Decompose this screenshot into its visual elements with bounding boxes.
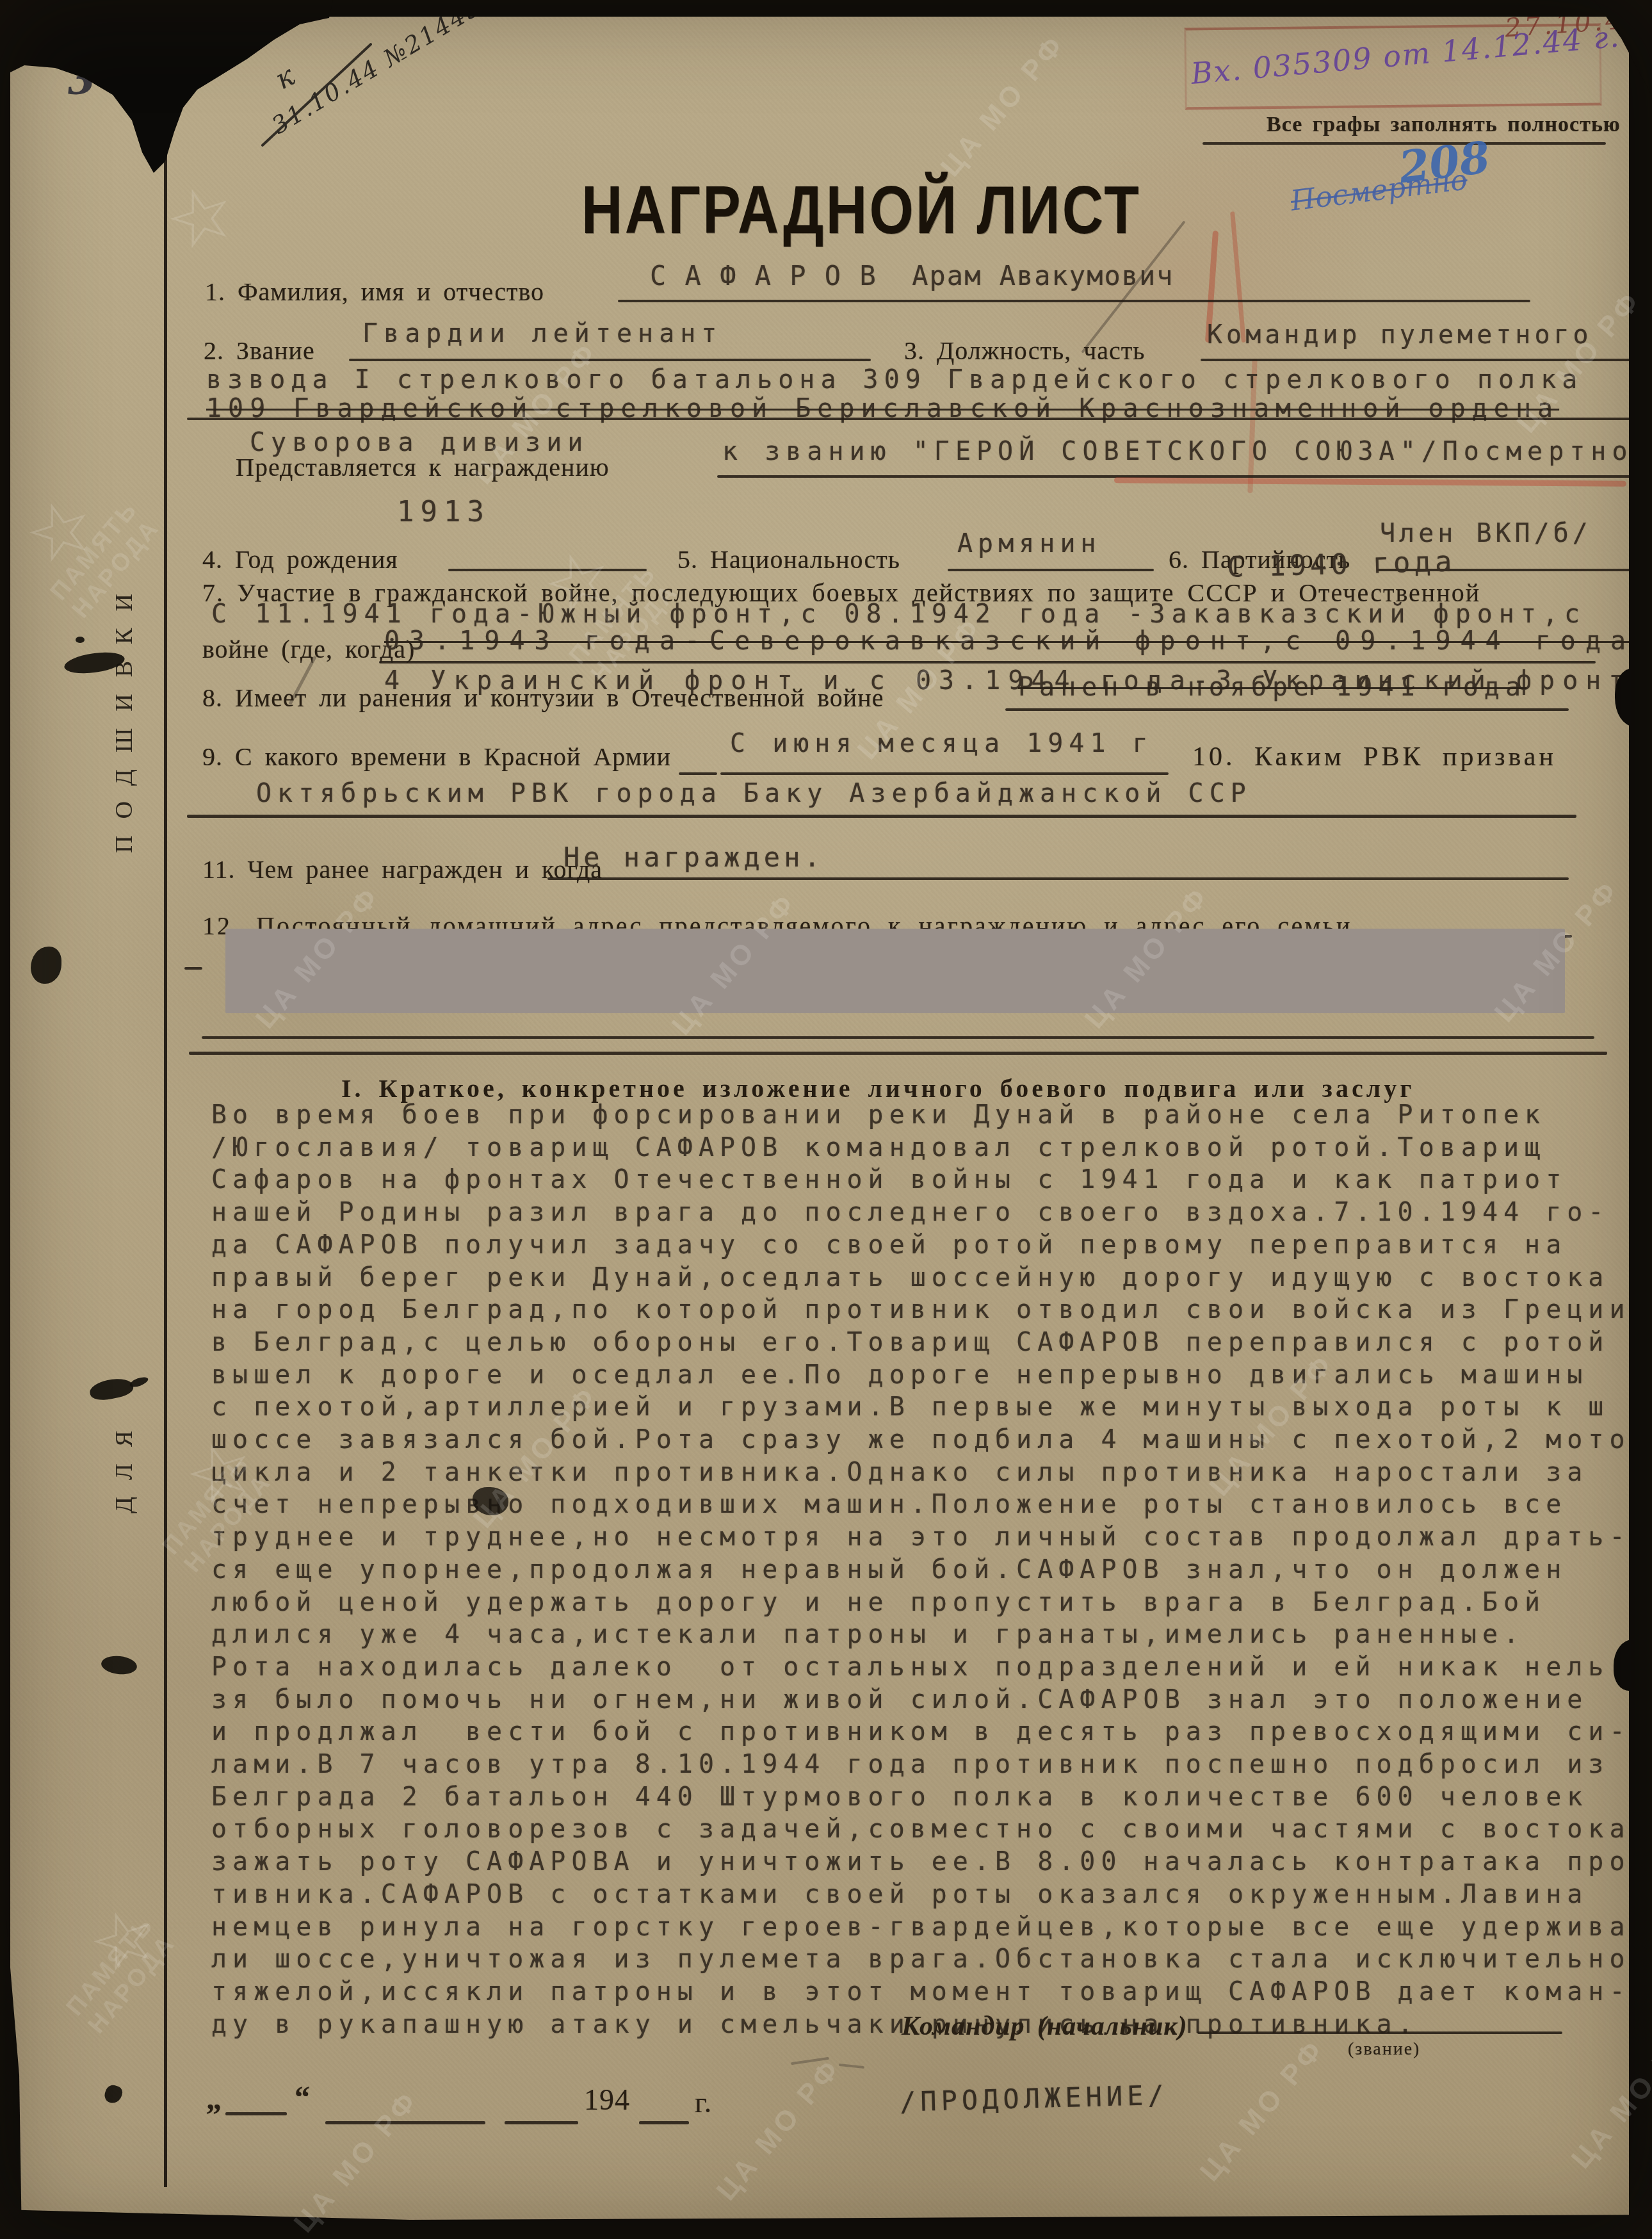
body-line: Белграда 2 батальон 440 Штурмового полка…: [211, 1781, 1652, 1814]
page-number-stamp: 343: [65, 48, 170, 104]
field-6-value-2: С 1940 года: [1226, 545, 1456, 583]
field-1-label: 1. Фамилия, имя и отчество: [205, 277, 544, 307]
field-3-line: [1201, 359, 1652, 361]
star-watermark-icon: ☆: [13, 478, 106, 584]
field-9-short-line: [679, 772, 717, 775]
field-12-short-line: [1444, 935, 1572, 938]
dispatch-k-letter: к: [270, 60, 300, 96]
watermark-archive: ЦА МО РФ: [852, 611, 989, 766]
body-line: любой ценой удержать дорогу и не пропуст…: [211, 1586, 1652, 1619]
fill-instruction: Все графы заполнять полностью: [1267, 113, 1621, 137]
body-line: отборных головорезов с задачей,совместно…: [211, 1813, 1652, 1846]
grey-pencil-stroke: [1081, 220, 1185, 353]
paper-texture: [0, 0, 1652, 2239]
watermark-memory: ПАМЯТЬНАРОДА: [45, 496, 165, 624]
redaction-box: [225, 929, 1565, 1013]
watermark-archive: ЦА МО РФ: [935, 28, 1072, 183]
field-7-label: 7. Участие в гражданской войне, последую…: [202, 578, 1480, 608]
field-5-label: 5. Национальность: [677, 544, 900, 574]
body-line: тяжелой,иссякли патроны и в этот момент …: [211, 1976, 1652, 2008]
date-dash: [225, 2112, 287, 2115]
date-year-suffix: г.: [695, 2085, 712, 2119]
red-pencil-stroke: [1230, 211, 1246, 343]
field-6-value: Член ВКП/б/: [1380, 519, 1592, 548]
body-line: нашей Родины разил врага до последнего с…: [211, 1196, 1652, 1229]
field-2-label: 2. Звание: [204, 336, 315, 366]
field-3-continuation-3: Суворова дивизии: [250, 428, 588, 457]
field-8-value: Ранен в ноябре 1941 года: [1018, 672, 1526, 702]
presented-for-value: к званию "ГЕРОЙ СОВЕТСКОГО СОЮЗА"/Посмер…: [722, 437, 1652, 466]
body-line: /Югославия/ товарищ САФАРОВ командовал с…: [211, 1132, 1652, 1164]
watermark-layer: ЦА МО РФЦА МО РФЦА МО РФЦА МО РФЦА МО РФ…: [0, 0, 1652, 2239]
body-line: длился уже 4 часа,истекали патроны и гра…: [211, 1618, 1652, 1651]
field-11-line: [547, 877, 1569, 880]
red-pencil-stroke: [1205, 231, 1219, 343]
body-line: с пехотой,артиллерией и грузами.В первые…: [211, 1391, 1652, 1424]
star-watermark-icon: ☆: [174, 1420, 266, 1526]
torn-edge-right-corner: [1594, 0, 1652, 96]
margin-vertical-text-upper: ПОДШИВКИ: [110, 558, 138, 853]
divider-rule-2: [189, 1052, 1607, 1055]
watermark-archive: ЦА МО РФ: [1079, 880, 1216, 1035]
watermark-archive: ЦА МО РФ: [1204, 1347, 1341, 1502]
ink-blob: [88, 1375, 135, 1403]
torn-edge-top-blob: [0, 0, 333, 186]
field-3-rule: [187, 418, 1652, 420]
watermark-memory: ПАМЯТЬНАРОДА: [157, 1450, 277, 1579]
presented-for-line: [717, 475, 1652, 478]
body-line: вышел к дороге и оседлал ее.По дороге не…: [211, 1359, 1652, 1392]
inbox-stamp-box: [1184, 24, 1601, 110]
field-7-label-2: войне (где, когда): [202, 634, 415, 664]
margin-vertical-text-lower: ДЛЯ: [110, 1401, 138, 1513]
field-3-value: Командир пулеметного: [1207, 320, 1592, 350]
paper-hole: [31, 947, 61, 984]
body-line: ли шоссе,уничтожая из пулемета врага.Обс…: [211, 1943, 1652, 1976]
inbox-stamp-text: Вх. 035309 от 14.12.44 г.: [1190, 19, 1622, 90]
body-line: да САФАРОВ получил задачу со своей ротой…: [211, 1229, 1652, 1262]
field-4-label: 4. Год рождения: [202, 544, 398, 574]
star-watermark-icon: ☆: [532, 530, 625, 635]
fill-instruction-underline: [1203, 142, 1606, 145]
field-2-line: [349, 359, 871, 361]
field-11-value: Не награжден.: [563, 842, 824, 873]
field-3-continuation-1: взвода I стрелкового батальона 309 Гвард…: [206, 365, 1583, 395]
body-line: Сафаров на фронтах Отечественной войны с…: [211, 1164, 1652, 1196]
body-line: шоссе завязался бой.Рота сразу же подбил…: [211, 1424, 1652, 1456]
field-4-line: [448, 569, 647, 571]
watermark-archive: ЦА МО РФ: [711, 2052, 848, 2207]
field-8-label: 8. Имеет ли ранения и контузии в Отечест…: [202, 683, 884, 713]
star-watermark-icon: ☆: [154, 165, 247, 270]
red-pencil-underline: [1114, 477, 1626, 487]
body-line: лами.В 7 часов утра 8.10.1944 года проти…: [211, 1748, 1652, 1781]
rank-caption: (звание): [1348, 2039, 1420, 2060]
date-line-3: [639, 2121, 689, 2124]
body-line: немцев ринула на горстку героев-гвардейц…: [211, 1911, 1652, 1944]
date-year-prefix: 194: [584, 2083, 630, 2117]
watermark-archive: ЦА МО РФ: [467, 336, 604, 491]
dispatch-note: 31.10.44 №21443: [267, 0, 487, 140]
field-1-line: [618, 300, 1530, 302]
grey-pencil-mark: [791, 2057, 829, 2065]
ink-blob: [76, 637, 85, 643]
watermark-archive: ЦА МО РФ: [288, 2084, 425, 2239]
watermark-memory: ПАМЯТЬНАРОДА: [61, 1911, 181, 2040]
grey-pencil-mark: [839, 2064, 864, 2069]
divider-rule-1: [202, 1036, 1594, 1039]
document-title: НАГРАДНОЙ ЛИСТ: [581, 172, 1141, 249]
watermark-archive: ЦА МО РФ: [666, 886, 803, 1041]
body-line: Рота находилась далеко от остальных подр…: [211, 1651, 1652, 1684]
field-9-line: [720, 772, 1169, 775]
grey-pencil-check: [288, 656, 316, 705]
award-sheet-document: 343 к 31.10.44 №21443 27.10.44 Вх. 03530…: [0, 0, 1652, 2239]
commander-line: [1197, 2031, 1562, 2034]
torn-edge-bottom: [0, 2206, 1652, 2239]
commander-label: Командир (начальник): [902, 2011, 1188, 2042]
field-11-label: 11. Чем ранее награжден и когда: [202, 854, 603, 884]
torn-edge-left: [0, 0, 10, 2239]
body-line: правый берег реки Дунай,оседлать шоссейн…: [211, 1262, 1652, 1294]
watermark-archive: ЦА МО РФ: [1566, 2020, 1652, 2175]
field-5-value: Армянин: [957, 529, 1101, 558]
body-line: зажать роту САФАРОВА и уничтожить ее.В 8…: [211, 1846, 1652, 1878]
field-7-value-1: С 11.1941 года-Южный фронт,с 08.1942 год…: [211, 599, 1586, 629]
scan-vignette: [0, 0, 1652, 2239]
ink-blob: [101, 1654, 138, 1676]
field-7-line: [379, 661, 1596, 664]
body-line: Во время боев при форсировании реки Дуна…: [211, 1099, 1652, 1132]
field-12-dash: [184, 967, 202, 970]
field-10-label: 10. Каким РВК призван: [1192, 742, 1557, 772]
presented-for-label: Представляется к награждению: [236, 452, 610, 482]
field-12-label: 12. Постоянный домашний адрес представля…: [202, 911, 1352, 941]
field-7-value-3: 4 Украинский фронт и с 03.1944 года-3 Ук…: [384, 666, 1632, 696]
field-6-label: 6. Партийность: [1169, 544, 1350, 574]
date-open-quote: „: [206, 2081, 222, 2117]
watermark-memory: ПАМЯТЬНАРОДА: [563, 560, 684, 688]
watermark-archive: ЦА МО РФ: [467, 1380, 604, 1535]
field-3-continuation-2: 109 Гвардейской стрелковой Бериславской …: [206, 394, 1559, 423]
watermark-archive: ЦА МО РФ: [1511, 284, 1648, 439]
body-line: на город Белград,по которой противник от…: [211, 1294, 1652, 1326]
field-3-label: 3. Должность, часть: [904, 336, 1146, 366]
field-7-value-2: 03.1943 года-Северокавказский фронт,с 09…: [384, 626, 1635, 656]
field-8-line: [1005, 708, 1569, 711]
ink-blob: [102, 2083, 124, 2105]
field-2-value: Гвардии лейтенант: [362, 319, 722, 348]
body-line: ся еще упорнее,продолжая неравный бой.СА…: [211, 1554, 1652, 1586]
field-9-value: С июня месяца 1941 г: [730, 729, 1154, 758]
date-close-quote: “: [295, 2080, 311, 2115]
body-line: счет непрерывно подходивших машин.Положе…: [211, 1488, 1652, 1521]
posthumous-note: Посмертно: [1289, 163, 1470, 217]
ink-blob: [129, 1375, 149, 1389]
date-line-2: [505, 2121, 578, 2124]
body-line: тивника.САФАРОВ с остатками своей роты о…: [211, 1878, 1652, 1911]
body-line: в Белград,с целью обороны его.Товарищ СА…: [211, 1326, 1652, 1359]
torn-edge-right-notch: [1615, 669, 1652, 726]
red-pencil-stroke: [1247, 359, 1257, 493]
dispatch-slash-line: [261, 42, 373, 147]
torn-edge-top: [0, 0, 1652, 17]
date-line-1: [325, 2121, 485, 2124]
torn-edge-left-lower: [0, 1921, 22, 2239]
field-5-line: [948, 569, 1154, 571]
star-watermark-icon: ☆: [77, 1887, 170, 1993]
watermark-archive: ЦА МО РФ: [1489, 874, 1626, 1029]
torn-edge-right-notch: [1614, 1640, 1652, 1691]
torn-edge-right: [1629, 0, 1652, 2239]
body-line: и продлжал вести бой с противником в дес…: [211, 1716, 1652, 1748]
field-10-value: Октябрьским РВК города Баку Азербайджанс…: [256, 779, 1252, 808]
body-line: ду в рукапашную атаку и смельчаки ринули…: [211, 2008, 1652, 2041]
field-1-value: С А Ф А Р О В Арам Авакумович: [650, 260, 1174, 291]
body-text: Во время боев при форсировании реки Дуна…: [211, 1099, 1652, 2040]
received-date-note: 27.10.44: [1504, 4, 1646, 43]
field-6-line: [1377, 569, 1652, 571]
case-number-blue: 208: [1397, 132, 1493, 194]
field-4-value: 1913: [397, 496, 490, 528]
field-9-label: 9. С какого времени в Красной Армии: [202, 742, 671, 772]
award-section-heading: I. Краткое, конкретное изложение личного…: [341, 1073, 1414, 1103]
watermark-archive: ЦА МО РФ: [250, 880, 387, 1035]
body-line: труднее и труднее,но несмотря на это лич…: [211, 1521, 1652, 1554]
ink-blob: [473, 1487, 508, 1515]
continuation-note: /ПРОДОЛЖЕНИЕ/: [899, 2080, 1169, 2118]
ink-blob: [63, 649, 126, 677]
body-line: цикла и 2 танкетки противника.Однако сил…: [211, 1456, 1652, 1489]
watermark-archive: ЦА МО РФ: [1194, 2033, 1331, 2188]
body-line: зя было помочь ни огнем,ни живой силой.С…: [211, 1684, 1652, 1716]
binding-line: [164, 90, 167, 2187]
field-10-line: [187, 815, 1576, 818]
